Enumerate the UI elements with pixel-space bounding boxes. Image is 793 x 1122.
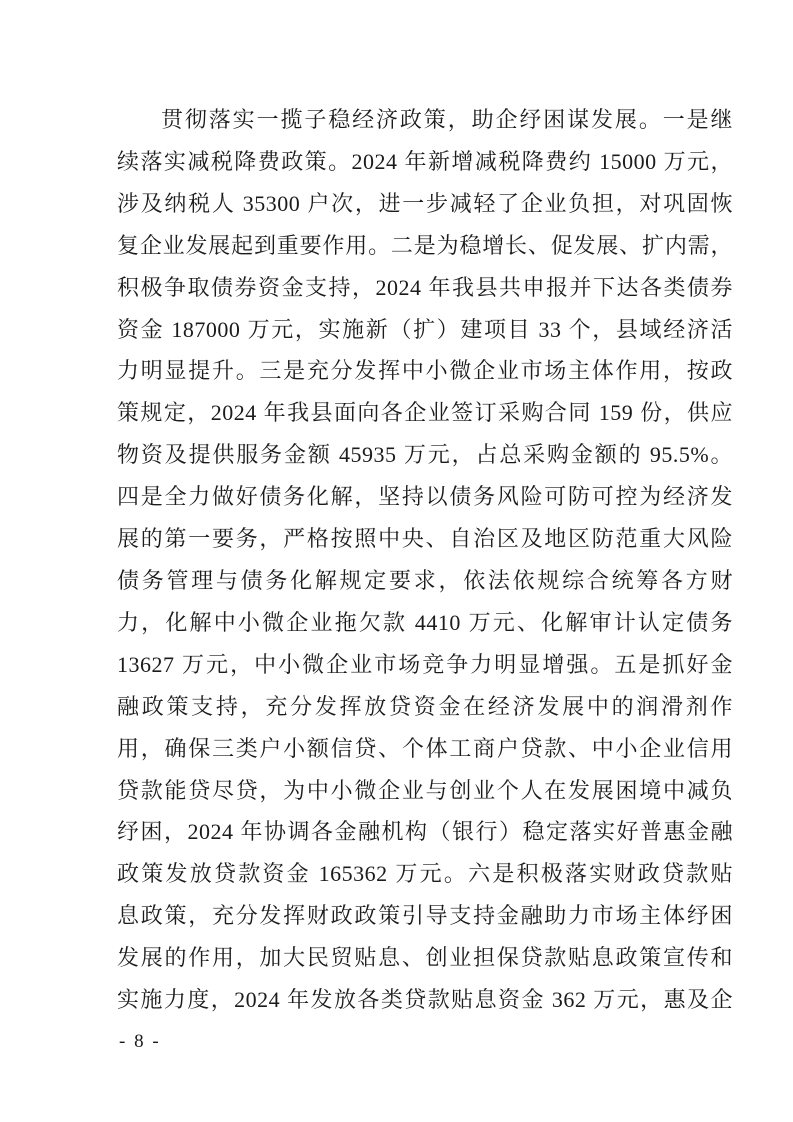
text-line: 力，化解中小微企业拖欠款 4410 万元、化解审计认定债务 [117,602,733,644]
text-line: 积极争取债券资金支持，2024 年我县共申报并下达各类债券 [117,267,733,309]
text-line: 用，确保三类户小额信贷、个体工商户贷款、中小企业信用 [117,728,733,770]
page-number: - 8 - [119,1030,161,1054]
text-line: 展的第一要务，严格按照中央、自治区及地区防范重大风险 [117,518,733,560]
text-line: 贯彻落实一揽子稳经济政策，助企纾困谋发展。一是继 [117,99,733,141]
text-line: 纾困，2024 年协调各金融机构（银行）稳定落实好普惠金融 [117,811,733,853]
document-page: 贯彻落实一揽子稳经济政策，助企纾困谋发展。一是继 续落实减税降费政策。2024 … [0,0,793,1122]
text-line: 实施力度，2024 年发放各类贷款贴息资金 362 万元，惠及企 [117,979,733,1021]
text-line: 息政策，充分发挥财政政策引导支持金融助力市场主体纾困 [117,895,733,937]
text-line: 发展的作用，加大民贸贴息、创业担保贷款贴息政策宣传和 [117,937,733,979]
text-line: 力明显提升。三是充分发挥中小微企业市场主体作用，按政 [117,350,733,392]
text-line: 贷款能贷尽贷，为中小微企业与创业个人在发展困境中减负 [117,770,733,812]
text-line: 融政策支持，充分发挥放贷资金在经济发展中的润滑剂作 [117,686,733,728]
document-body-paragraph: 贯彻落实一揽子稳经济政策，助企纾困谋发展。一是继 续落实减税降费政策。2024 … [117,99,733,1021]
text-line: 政策发放贷款资金 165362 万元。六是积极落实财政贷款贴 [117,853,733,895]
text-line: 物资及提供服务金额 45935 万元，占总采购金额的 95.5%。 [117,434,733,476]
text-line: 13627 万元，中小微企业市场竞争力明显增强。五是抓好金 [117,644,733,686]
text-line: 四是全力做好债务化解，坚持以债务风险可防可控为经济发 [117,476,733,518]
text-line: 债务管理与债务化解规定要求，依法依规综合统筹各方财 [117,560,733,602]
text-line: 续落实减税降费政策。2024 年新增减税降费约 15000 万元， [117,141,733,183]
text-line: 复企业发展起到重要作用。二是为稳增长、促发展、扩内需， [117,225,733,267]
text-line: 策规定，2024 年我县面向各企业签订采购合同 159 份，供应 [117,392,733,434]
text-line: 资金 187000 万元，实施新（扩）建项目 33 个，县域经济活 [117,309,733,351]
text-line: 涉及纳税人 35300 户次，进一步减轻了企业负担，对巩固恢 [117,183,733,225]
